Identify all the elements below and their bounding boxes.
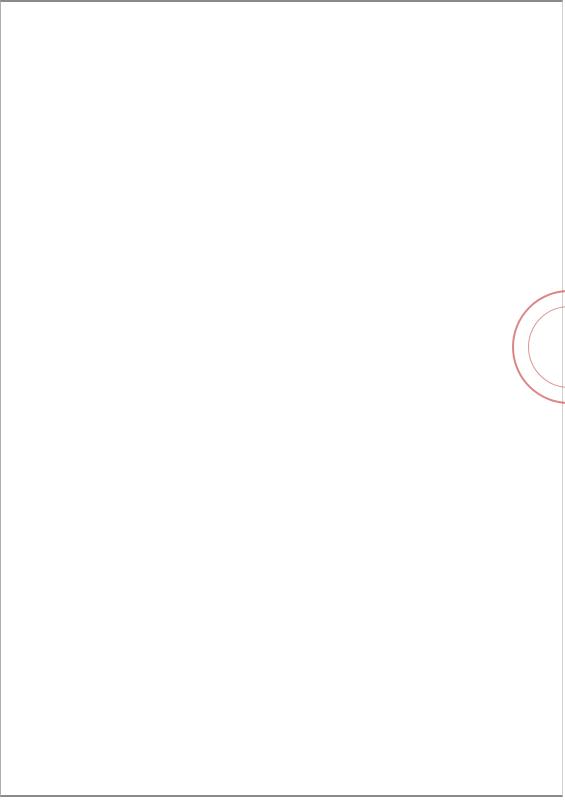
national-motto (254, 42, 529, 58)
page-border (0, 0, 563, 797)
issuing-authority (98, 42, 258, 58)
